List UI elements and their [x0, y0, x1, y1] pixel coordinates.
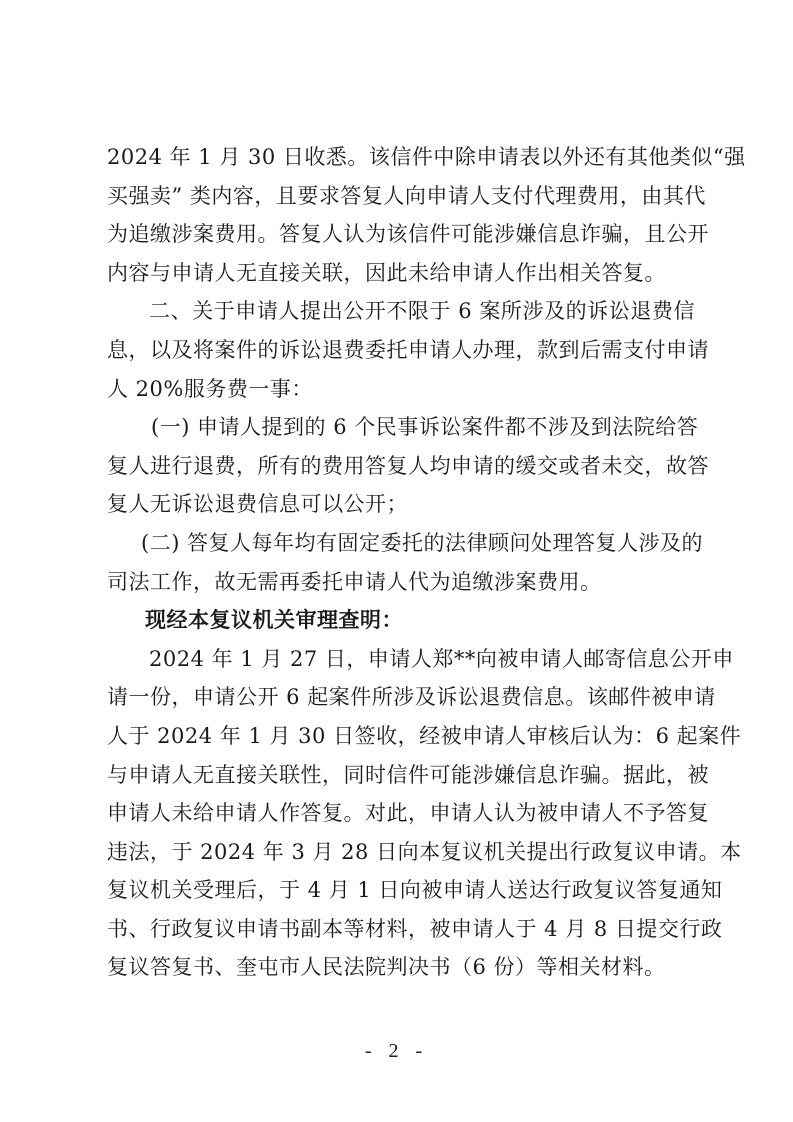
paragraph-findings: 2024 年 1 月 27 日，申请人郑**向被申请人邮寄信息公开申 请一份，申…: [107, 644, 695, 991]
text-line: 请一份，申请公开 6 起案件所涉及诉讼退费信息。该邮件被申请: [107, 682, 695, 721]
text-line: 违法，于 2024 年 3 月 28 日向本复议机关提出行政复议申请。本: [107, 837, 695, 876]
text-line: 复议答复书、奎屯市人民法院判决书（6 份）等相关材料。: [107, 952, 695, 991]
text-line: 与申请人无直接关联性，同时信件可能涉嫌信息诈骗。据此，被: [107, 760, 695, 799]
text-line: (一) 申请人提到的 6 个民事诉讼案件都不涉及到法院给答: [107, 412, 695, 451]
page-number: - 2 -: [0, 1040, 793, 1063]
text-line: 2024 年 1 月 27 日，申请人郑**向被申请人邮寄信息公开申: [107, 644, 695, 683]
text-line: 司法工作，故无需再委托申请人代为追缴涉案费用。: [107, 567, 695, 606]
document-body: 2024 年 1 月 30 日收悉。该信件中除申请表以外还有其他类似“强 买强卖…: [107, 142, 695, 991]
text-line: 书、行政复议申请书副本等材料，被申请人于 4 月 8 日提交行政: [107, 914, 695, 953]
text-line: 二、关于申请人提出公开不限于 6 案所涉及的诉讼退费信: [107, 296, 695, 335]
text-line: 内容与申请人无直接关联，因此未给申请人作出相关答复。: [107, 258, 695, 297]
paragraph-sub-point-one: (一) 申请人提到的 6 个民事诉讼案件都不涉及到法院给答 复人进行退费，所有的…: [107, 412, 695, 528]
text-line: 复议机关受理后，于 4 月 1 日向被申请人送达行政复议答复通知: [107, 875, 695, 914]
document-page: 2024 年 1 月 30 日收悉。该信件中除申请表以外还有其他类似“强 买强卖…: [0, 0, 793, 1122]
text-line: 2024 年 1 月 30 日收悉。该信件中除申请表以外还有其他类似“强: [107, 142, 695, 181]
text-line: 复人无诉讼退费信息可以公开；: [107, 489, 695, 528]
text-line: 人于 2024 年 1 月 30 日签收，经被申请人审核后认为：6 起案件: [107, 721, 695, 760]
findings-heading: 现经本复议机关审理查明：: [107, 605, 695, 644]
text-line: 买强卖” 类内容，且要求答复人向申请人支付代理费用，由其代: [107, 181, 695, 220]
text-line: 人 20%服务费一事：: [107, 374, 695, 413]
paragraph-continuation: 2024 年 1 月 30 日收悉。该信件中除申请表以外还有其他类似“强 买强卖…: [107, 142, 695, 296]
text-line: 为追缴涉案费用。答复人认为该信件可能涉嫌信息诈骗，且公开: [107, 219, 695, 258]
section-heading: 现经本复议机关审理查明：: [107, 605, 695, 644]
paragraph-point-two: 二、关于申请人提出公开不限于 6 案所涉及的诉讼退费信 息，以及将案件的诉讼退费…: [107, 296, 695, 412]
text-line: (二) 答复人每年均有固定委托的法律顾问处理答复人涉及的: [107, 528, 695, 567]
paragraph-sub-point-two: (二) 答复人每年均有固定委托的法律顾问处理答复人涉及的 司法工作，故无需再委托…: [107, 528, 695, 605]
text-line: 息，以及将案件的诉讼退费委托申请人办理，款到后需支付申请: [107, 335, 695, 374]
text-line: 申请人未给申请人作答复。对此，申请人认为被申请人不予答复: [107, 798, 695, 837]
text-line: 复人进行退费，所有的费用答复人均申请的缓交或者未交，故答: [107, 451, 695, 490]
